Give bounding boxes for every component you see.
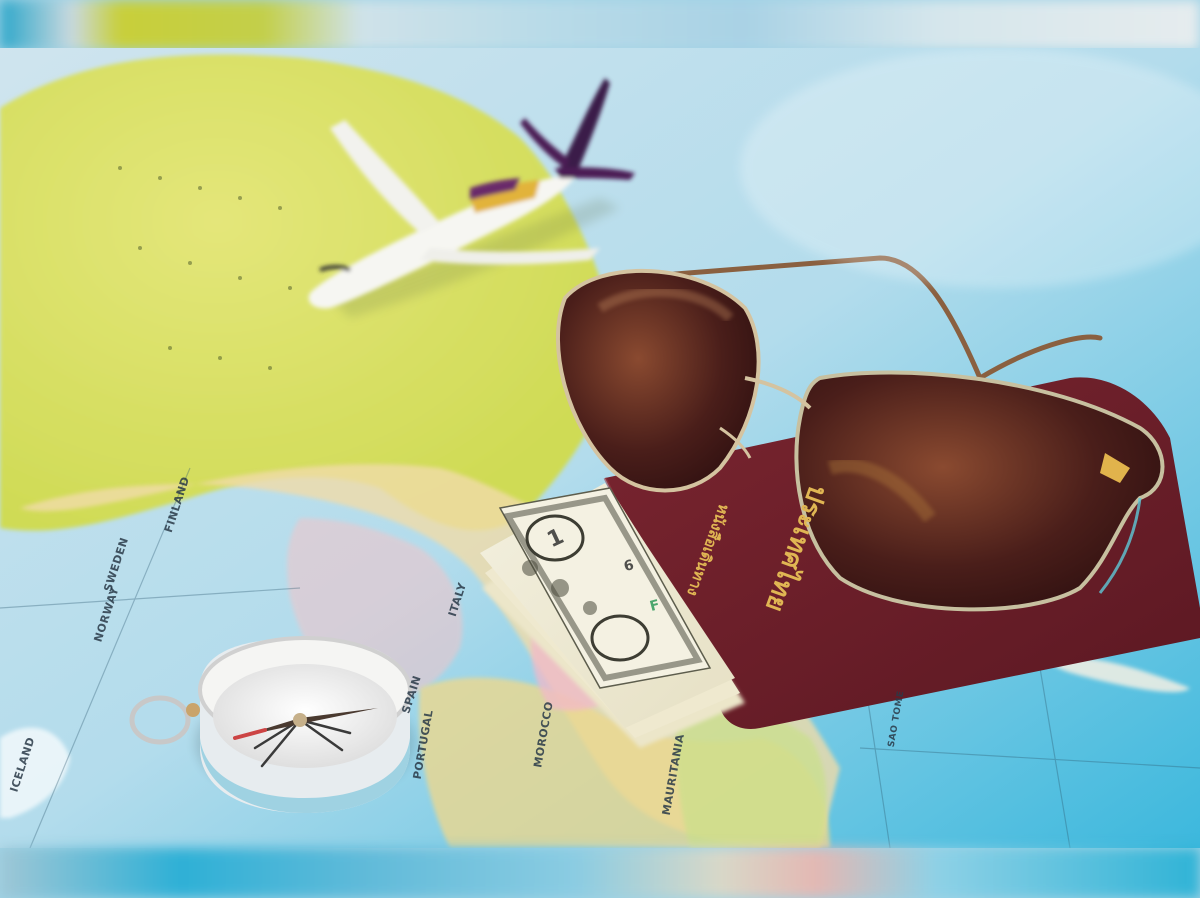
blurred-bottom-band [0, 848, 1200, 898]
blurred-top-band [0, 0, 1200, 50]
travel-photo: SWEDEN FINLAND NORWAY ITALY SPAIN PORTUG… [0, 48, 1200, 848]
photo-frame: SWEDEN FINLAND NORWAY ITALY SPAIN PORTUG… [0, 0, 1200, 898]
scene-illustration [0, 48, 1200, 848]
